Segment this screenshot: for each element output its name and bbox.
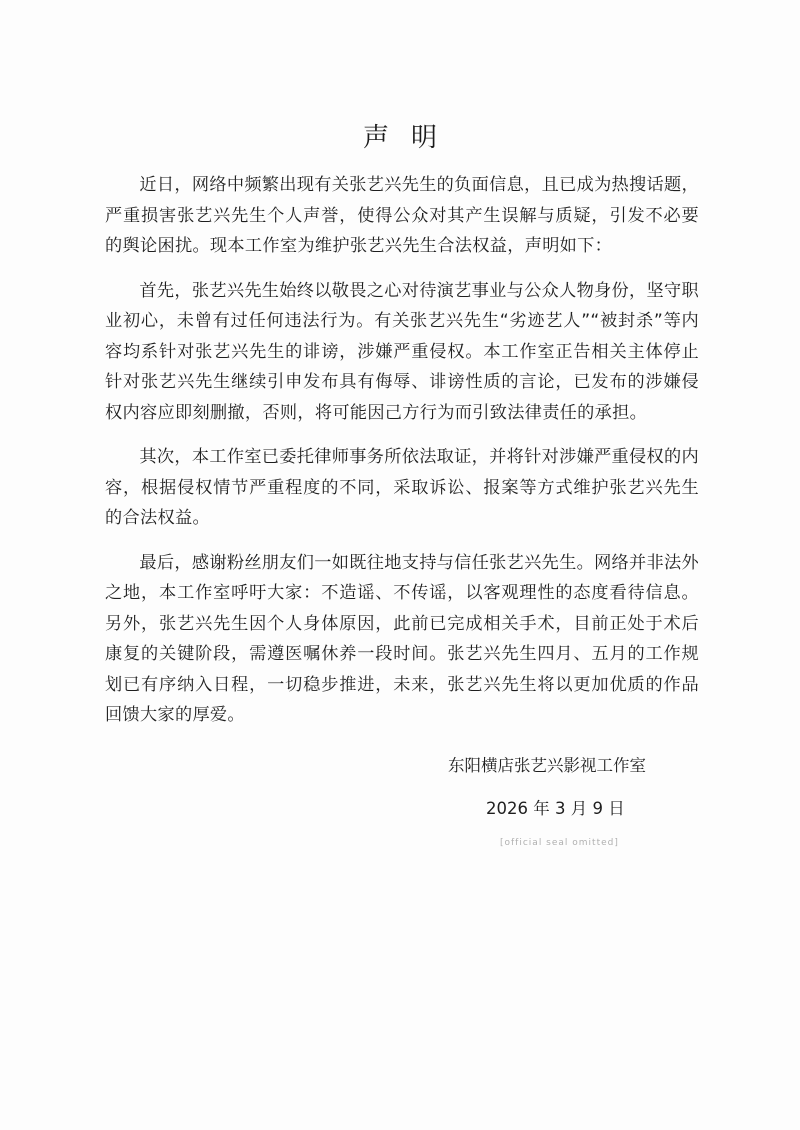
paragraph-final: 最后，感谢粉丝朋友们一如既往地支持与信任张艺兴先生。网络并非法外之地，本工作室呼…: [105, 548, 699, 731]
paragraph-second: 其次，本工作室已委托律师事务所依法取证，并将针对涉嫌严重侵权的内容，根据侵权情节…: [105, 442, 699, 534]
document-body: 近日，网络中频繁出现有关张艺兴先生的负面信息，且已成为热搜话题，严重损害张艺兴先…: [105, 170, 699, 745]
document-page: 声明 近日，网络中频繁出现有关张艺兴先生的负面信息，且已成为热搜话题，严重损害张…: [0, 0, 800, 1130]
signature-organization: 东阳横店张艺兴影视工作室: [448, 755, 668, 777]
signature-block: 东阳横店张艺兴影视工作室 2026 年 3 月 9 日: [448, 755, 668, 820]
paragraph-first: 首先，张艺兴先生始终以敬畏之心对待演艺事业与公众人物身份，坚守职业初心，未曾有过…: [105, 276, 699, 429]
signature-date: 2026 年 3 月 9 日: [486, 798, 668, 820]
document-title: 声明: [0, 117, 800, 154]
paragraph-intro: 近日，网络中频繁出现有关张艺兴先生的负面信息，且已成为热搜话题，严重损害张艺兴先…: [105, 170, 699, 262]
seal-omitted-note: [official seal omitted]: [500, 838, 619, 848]
